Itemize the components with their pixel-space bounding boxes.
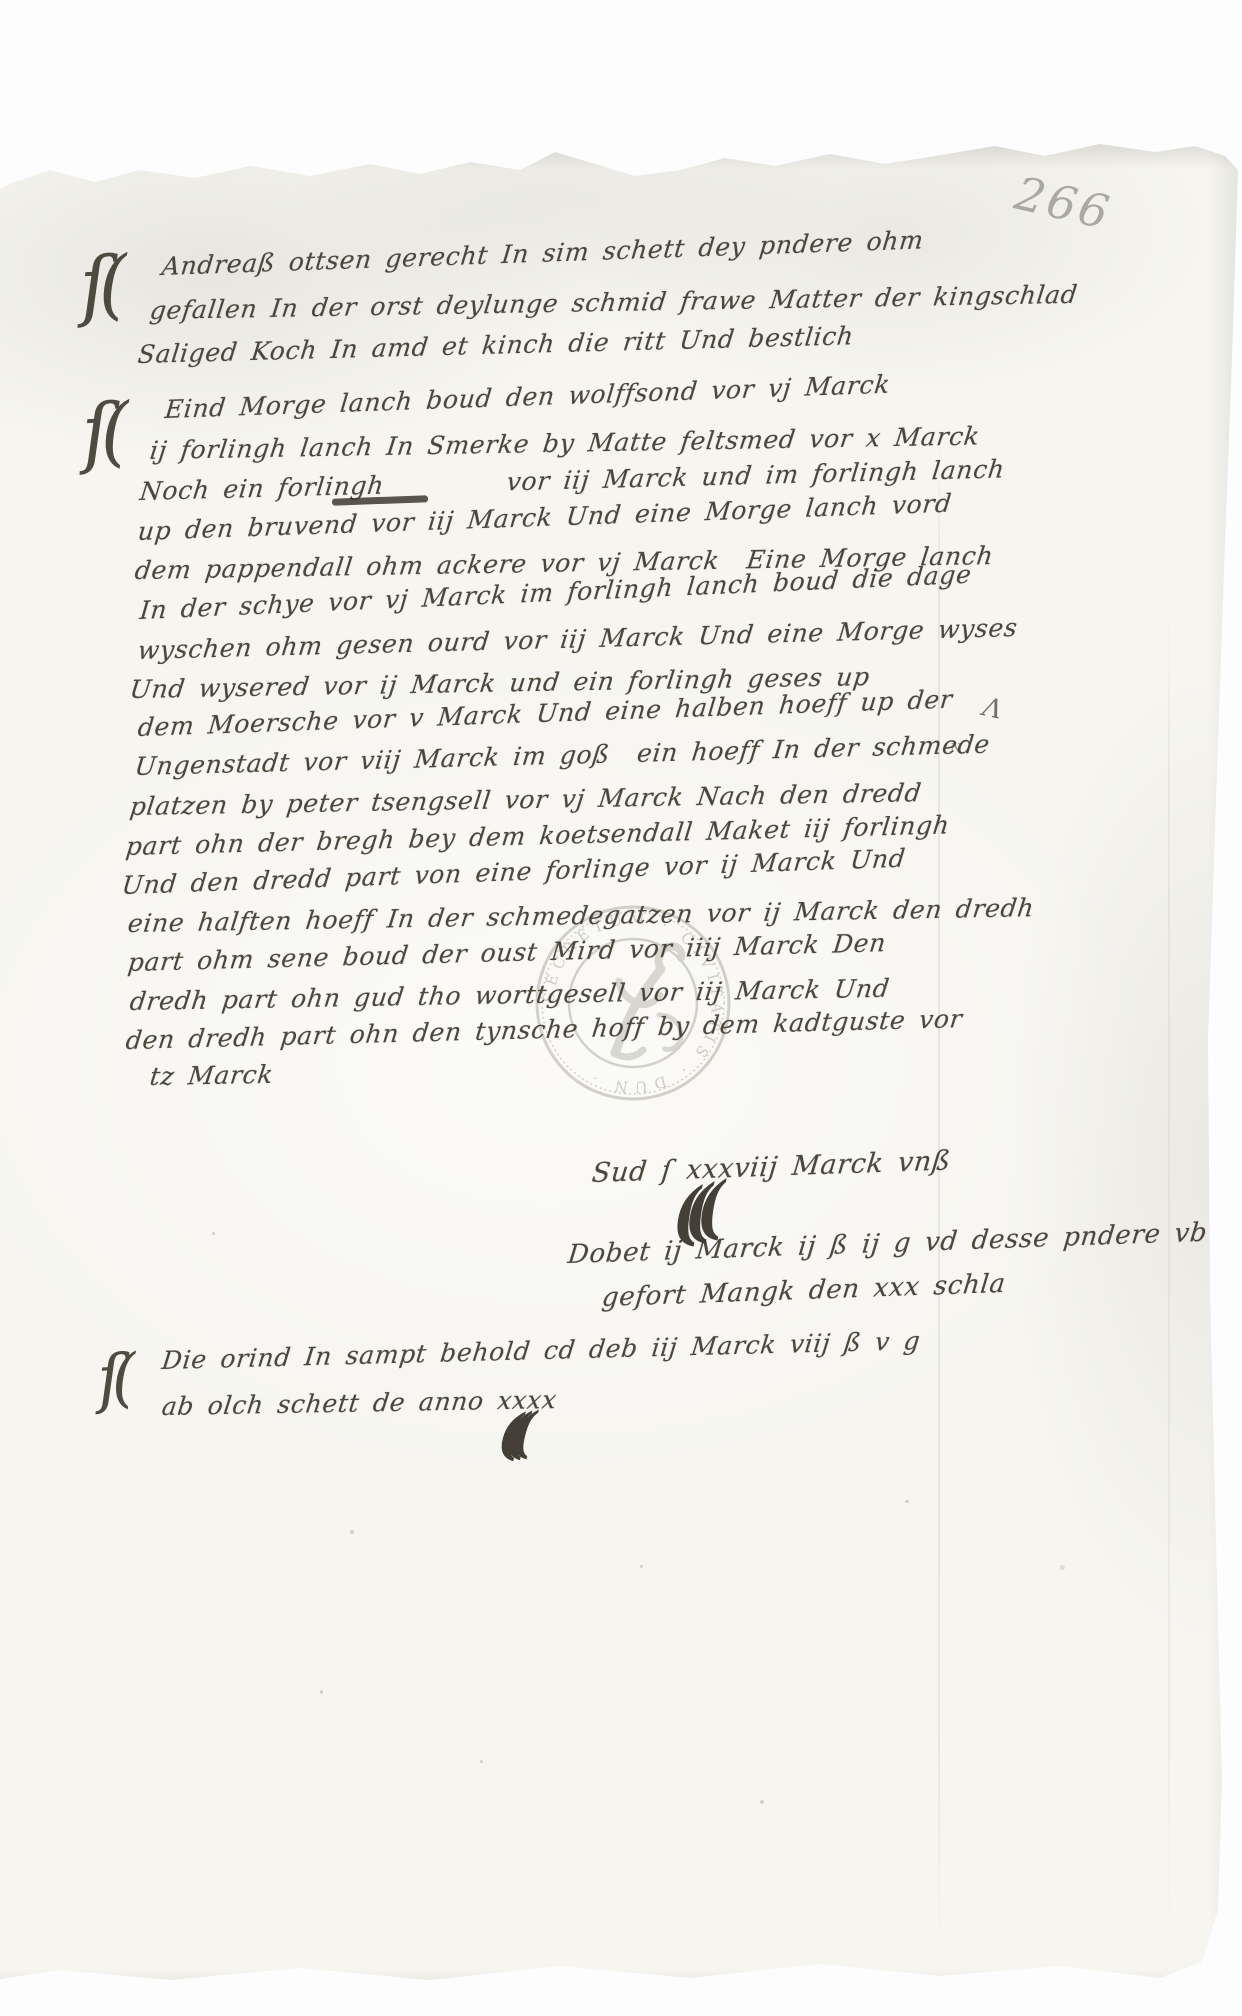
- marginal-small-mark: ɴ: [950, 736, 962, 757]
- manuscript-scan: SECRETUM · CIVITATIS · DUN · 266 ſ( Andr…: [0, 0, 1242, 2016]
- pen-flourish: (((: [496, 1409, 519, 1465]
- paper-speck: [320, 1690, 323, 1694]
- fold-crease: [938, 430, 940, 1960]
- paper-speck: [350, 1530, 354, 1534]
- manuscript-line: tz Marck: [148, 1060, 275, 1091]
- paragraph-mark: ſ(: [80, 393, 122, 471]
- paper-speck: [760, 1800, 764, 1804]
- paragraph-mark: ſ(: [78, 246, 120, 324]
- paragraph-mark: ſ(: [96, 1347, 128, 1412]
- paper-speck: [1060, 1565, 1065, 1570]
- paper-speck: [480, 1760, 483, 1763]
- paper-speck: [905, 1500, 909, 1503]
- paper-speck: [212, 1232, 215, 1235]
- fold-crease: [1168, 600, 1170, 1940]
- paper-speck: [640, 1565, 643, 1568]
